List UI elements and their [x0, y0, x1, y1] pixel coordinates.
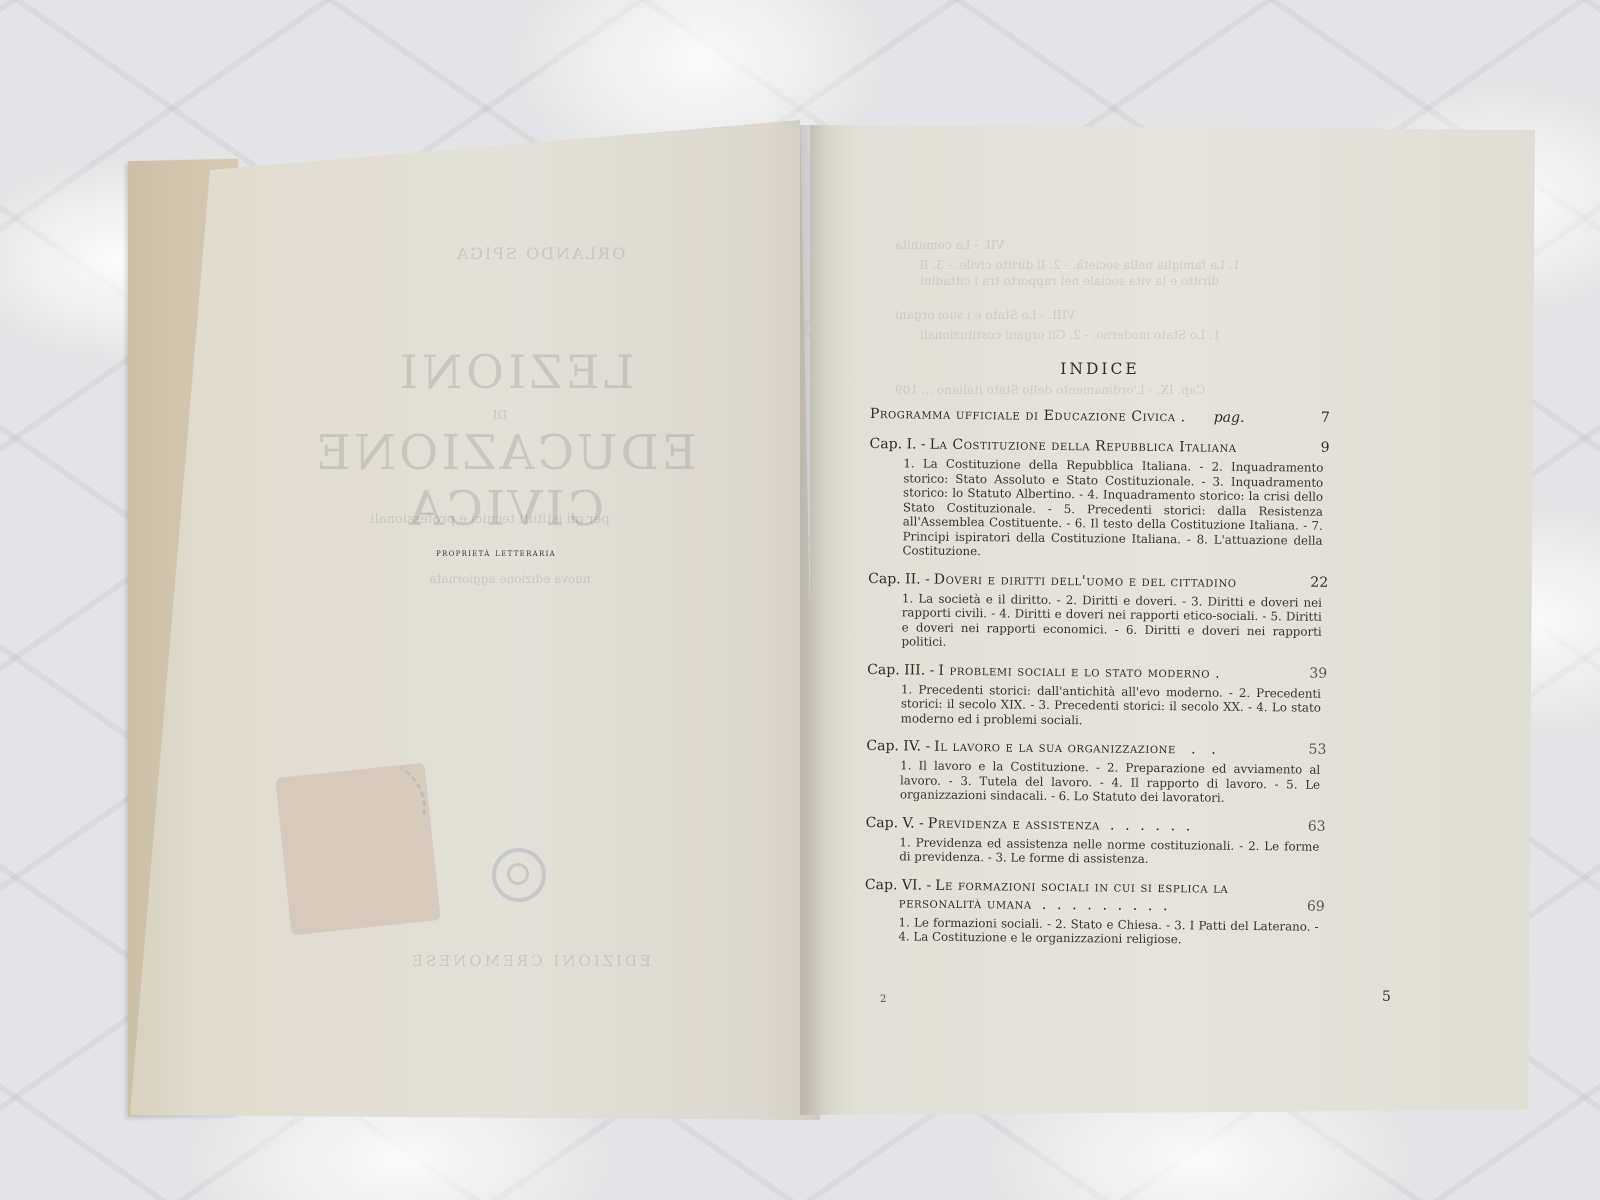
toc-entry: Cap. I. -La Costituzione della Repubblic… — [868, 435, 1329, 562]
toc-heading-text: personalità umana . . . . . . . . . — [899, 895, 1169, 914]
toc-page-number: 39 — [1297, 665, 1327, 681]
publisher-logo-icon — [492, 848, 546, 902]
show-through-line: VIII. - Lo Stato e i suoi organi — [895, 308, 1075, 322]
show-through-line: 1. La famiglia nella società. - 2. Il di… — [920, 258, 1240, 272]
toc-entry-heading: Cap. IV. -Il lavoro e la sua organizzazi… — [866, 737, 1326, 760]
show-through-title-line1: LEZIONI — [340, 345, 690, 399]
toc-entry: Programma ufficiale di Educazione Civica… — [870, 405, 1330, 428]
chapter-number: Cap. II. - — [868, 570, 930, 587]
toc-page-number: 63 — [1296, 818, 1326, 834]
chapter-number: Cap. I. - — [870, 436, 926, 453]
toc-heading-text: Il lavoro e la sua organizzazione . . — [934, 739, 1216, 758]
copyright-notice: Proprietà letteraria — [436, 547, 556, 559]
show-through-author: ORLANDO SPIGA — [400, 244, 680, 263]
index-title: INDICE — [1020, 360, 1180, 378]
right-page-number: 5 — [1382, 989, 1391, 1005]
toc-subsections: 1. Il lavoro e la Costituzione. - 2. Pre… — [900, 758, 1326, 806]
show-through-line: 1. Lo Stato moderno. - 2. Gli organi cos… — [920, 328, 1220, 342]
chapter-number: Cap. IV. - — [866, 738, 930, 755]
toc-heading-text: Previdenza e assistenza . . . . . . — [928, 815, 1191, 834]
toc-page-number: 53 — [1296, 741, 1326, 757]
toc-entry-heading: Cap. III. -I problemi sociali e lo stato… — [867, 660, 1327, 683]
book-gutter — [800, 125, 828, 1115]
toc-entry-heading: Cap. II. -Doveri e diritti dell'uomo e d… — [868, 569, 1328, 592]
toc-entry: Cap. V. -Previdenza e assistenza . . . .… — [865, 813, 1325, 868]
show-through-line: VII. - La comunità — [895, 238, 1004, 252]
toc-subsections: 1. La società e il diritto. - 2. Diritti… — [901, 591, 1328, 653]
toc-entry: Cap. II. -Doveri e diritti dell'uomo e d… — [867, 569, 1328, 653]
toc-heading-text: Le formazioni sociali in cui si esplica … — [935, 877, 1228, 896]
toc-entry: Cap. IV. -Il lavoro e la sua organizzazi… — [866, 737, 1327, 806]
chapter-number: Cap. V. - — [866, 814, 924, 831]
show-through-publisher: EDIZIONI CREMONESE — [380, 952, 680, 970]
table-of-contents: Programma ufficiale di Educazione Civica… — [864, 405, 1330, 960]
show-through-line: Cap. IX. - L'ordinamento dello Stato ita… — [895, 383, 1205, 397]
toc-subsections: 1. Precedenti storici: dall'antichità al… — [901, 682, 1327, 730]
toc-subsections: 1. Previdenza ed assistenza nelle norme … — [899, 835, 1325, 868]
toc-subsections: 1. Le formazioni sociali. - 2. Stato e C… — [898, 915, 1324, 948]
stamp-stain — [275, 763, 441, 936]
toc-heading-text: Doveri e diritti dell'uomo e del cittadi… — [934, 571, 1237, 590]
toc-heading-text: Programma ufficiale di Educazione Civica… — [870, 406, 1186, 425]
left-page-number: 2 — [880, 994, 886, 1005]
show-through-note: nuova edizione aggiornata — [380, 572, 640, 586]
toc-subsections: 1. La Costituzione della Repubblica Ital… — [902, 456, 1329, 562]
pag-label: pag. — [1214, 410, 1245, 426]
show-through-title-di: DI — [440, 408, 560, 422]
chapter-number: Cap. III. - — [867, 661, 934, 678]
toc-entry: Cap. III. -I problemi sociali e lo stato… — [867, 660, 1328, 729]
toc-entry: Cap. VI. -Le formazioni sociali in cui s… — [864, 875, 1325, 948]
toc-entry-heading: Cap. I. -La Costituzione della Repubblic… — [869, 435, 1329, 458]
left-page — [130, 120, 820, 1120]
toc-entry-heading: Cap. V. -Previdenza e assistenza . . . .… — [866, 813, 1326, 836]
toc-heading-text: La Costituzione della Repubblica Italian… — [930, 437, 1237, 456]
toc-entry-heading: Programma ufficiale di Educazione Civica… — [870, 405, 1330, 428]
toc-page-number: 69 — [1295, 898, 1325, 914]
toc-page-number: 7 — [1300, 410, 1330, 426]
show-through-subtitle: per gli istituti tecnici e professionali — [300, 512, 680, 527]
toc-heading-text: I problemi sociali e lo stato moderno . — [938, 662, 1220, 681]
toc-entry-heading-continued: personalità umana . . . . . . . . . — [865, 893, 1325, 916]
chapter-number: Cap. VI. - — [865, 876, 931, 893]
toc-page-number: 22 — [1298, 574, 1328, 590]
show-through-line: diritto e la vita sociale nel rapporto t… — [920, 274, 1219, 288]
toc-page-number: 9 — [1299, 440, 1329, 456]
